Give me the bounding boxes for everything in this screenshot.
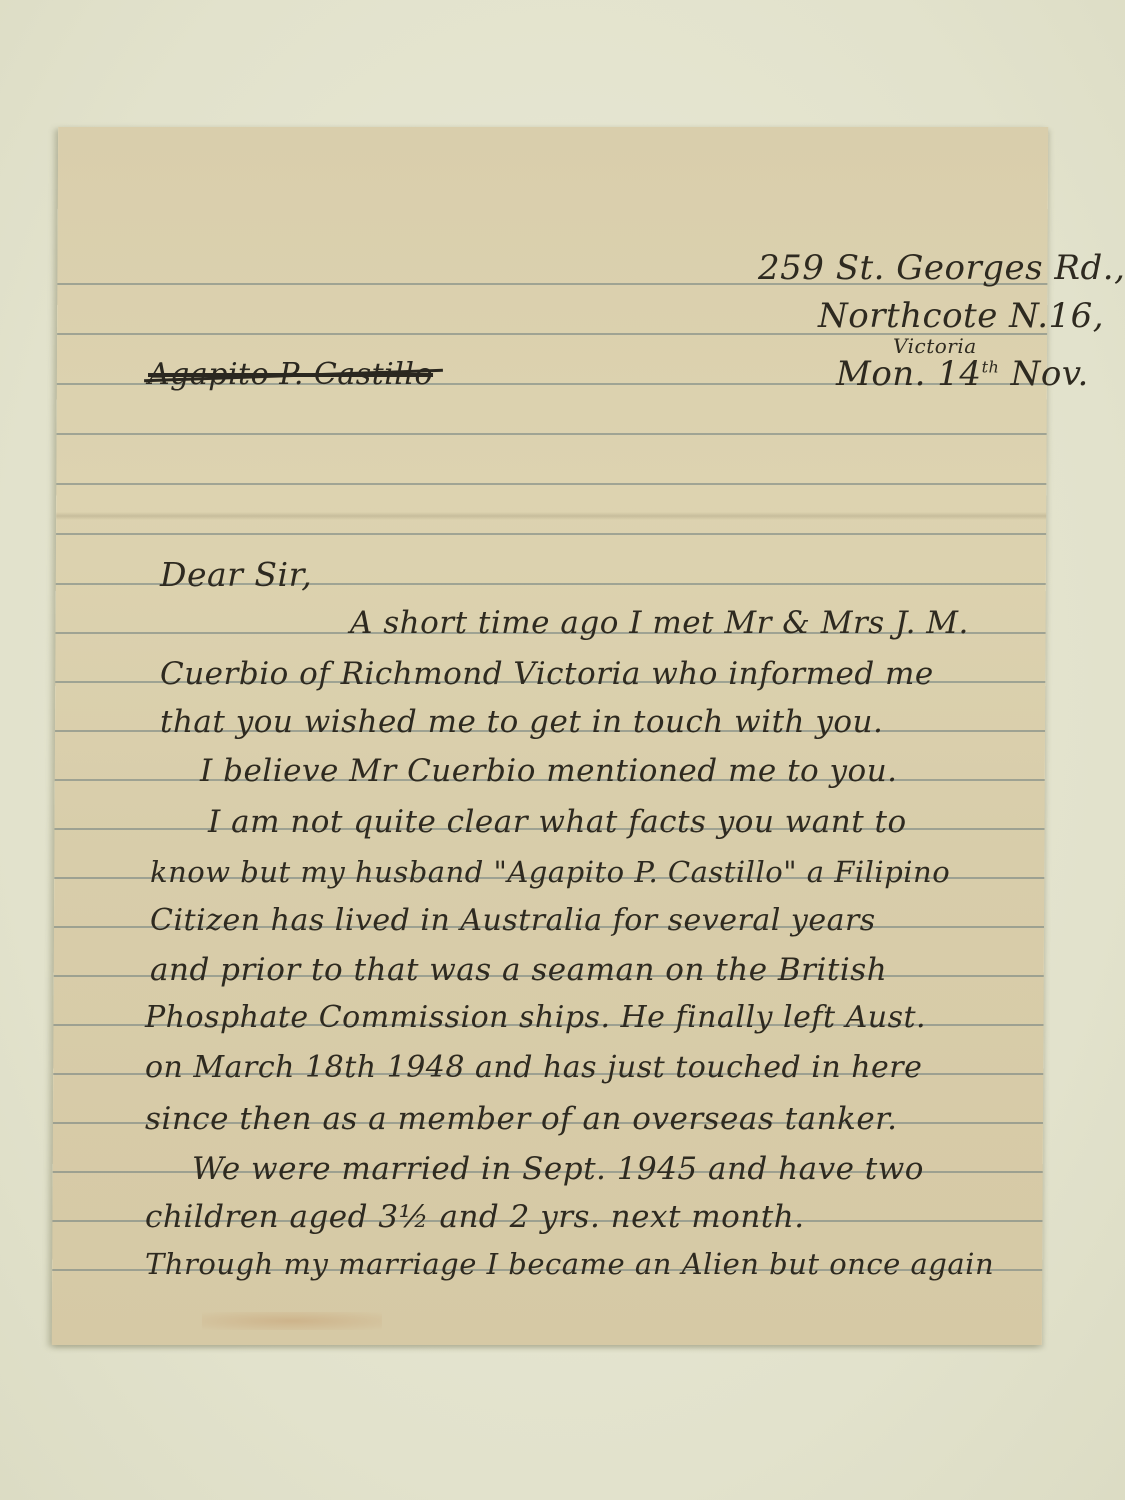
- letter-line: children aged 3½ and 2 yrs. next month.: [145, 1199, 805, 1235]
- letter-line: Through my marriage I became an Alien bu…: [145, 1247, 994, 1281]
- date-day: Mon. 14: [836, 354, 982, 394]
- letter-line: I am not quite clear what facts you want…: [208, 804, 907, 840]
- letter-line: A short time ago I met Mr & Mrs J. M.: [350, 605, 969, 641]
- letter-line: I believe Mr Cuerbio mentioned me to you…: [200, 753, 898, 789]
- letter-line: Phosphate Commission ships. He finally l…: [145, 1000, 926, 1035]
- salutation: Dear Sir,: [160, 555, 312, 594]
- ruled-line: [56, 533, 1046, 535]
- letter-line: know but my husband "Agapito P. Castillo…: [150, 855, 950, 889]
- letter-date: Mon. 14th Nov.: [836, 354, 1089, 394]
- letter-line: on March 18th 1948 and has just touched …: [145, 1050, 922, 1085]
- paper-fold: [56, 512, 1046, 520]
- date-ordinal: th: [982, 358, 1000, 377]
- ruled-line: [56, 483, 1046, 485]
- letter-line: that you wished me to get in touch with …: [160, 704, 883, 740]
- date-month: Nov.: [999, 354, 1089, 394]
- ruled-line: [57, 433, 1047, 435]
- letter-line: since then as a member of an overseas ta…: [145, 1101, 897, 1137]
- address-line-2: Northcote N.16,: [818, 296, 1104, 336]
- address-line-1: 259 St. Georges Rd.,: [758, 248, 1125, 288]
- letter-line: We were married in Sept. 1945 and have t…: [192, 1151, 924, 1187]
- letter-line: Citizen has lived in Australia for sever…: [150, 903, 876, 938]
- letter-line: Cuerbio of Richmond Victoria who informe…: [160, 656, 934, 692]
- paper-stain: [202, 1312, 382, 1330]
- struck-out-name: Agapito P. Castillo: [148, 357, 433, 392]
- letter-line: and prior to that was a seaman on the Br…: [150, 952, 887, 988]
